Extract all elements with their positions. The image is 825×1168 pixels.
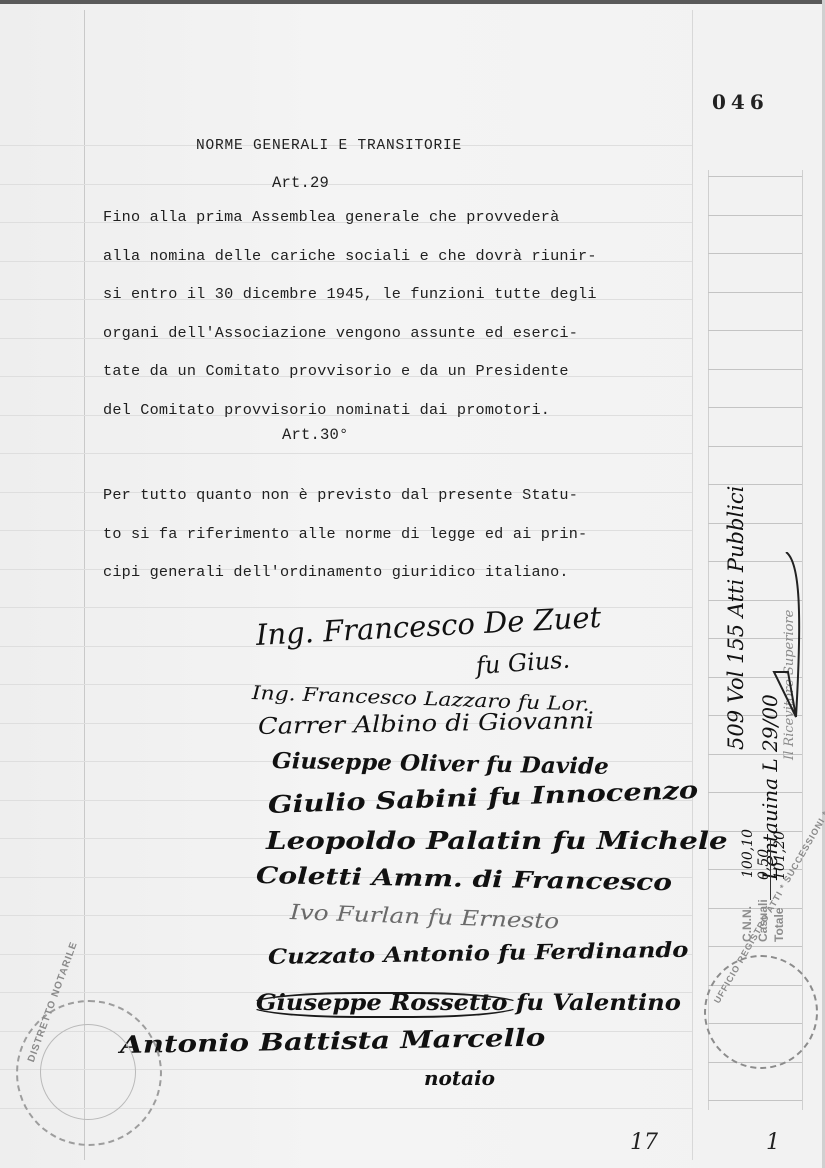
scan-edge: [0, 0, 825, 4]
ruled-line: [708, 908, 802, 909]
signature: Giuseppe Oliver fu Davide: [272, 748, 609, 780]
ruled-line: [708, 946, 802, 947]
ruled-line: [708, 523, 802, 524]
ruled-line: [708, 292, 802, 293]
ruled-line: [0, 453, 692, 454]
ruled-line: [0, 184, 692, 185]
notary-title: notaio: [424, 1066, 495, 1090]
registration-handwriting: 509 Vol 155 Atti Pubblici: [724, 486, 748, 750]
signature-flourish: [248, 992, 522, 1018]
body-line: tate da un Comitato provvisorio e da un …: [103, 362, 569, 380]
body-line: to si fa riferimento alle norme di legge…: [103, 525, 587, 543]
body-line: alla nomina delle cariche sociali e che …: [103, 247, 597, 265]
body-line: Fino alla prima Assemblea generale che p…: [103, 208, 559, 226]
ruled-line: [708, 253, 802, 254]
body-line: Per tutto quanto non è previsto dal pres…: [103, 486, 578, 504]
column-rule: [692, 10, 693, 1160]
ruled-line: [708, 446, 802, 447]
ruled-line: [708, 484, 802, 485]
column-rule: [708, 170, 709, 1110]
body-line: si entro il 30 dicembre 1945, le funzion…: [103, 285, 597, 303]
ruled-line: [708, 792, 802, 793]
notary-seal-inner: [40, 1024, 136, 1120]
page-number-right: 1: [766, 1130, 780, 1155]
body-line: del Comitato provvisorio nominati dai pr…: [103, 401, 550, 419]
ruled-line: [708, 1100, 802, 1101]
section-heading: NORME GENERALI E TRANSITORIE: [196, 138, 462, 154]
fee-value: 100,10: [740, 829, 756, 878]
document-page: 046 NORME GENERALI E TRANSITORIE Art.29 …: [0, 0, 825, 1168]
signature: Ivo Furlan fu Ernesto: [290, 900, 560, 933]
article-title: Art.30°: [282, 426, 349, 444]
signature: Cuzzato Antonio fu Ferdinando: [268, 937, 689, 969]
fee-label: Totale: [772, 908, 786, 942]
registrar-flourish: [760, 552, 810, 727]
ruled-line: [708, 330, 802, 331]
reference-number: 046: [712, 90, 769, 114]
article-title: Art.29: [272, 174, 329, 192]
body-line: organi dell'Associazione vengono assunte…: [103, 324, 578, 342]
signature: Coletti Amm. di Francesco: [256, 862, 672, 896]
ruled-line: [708, 176, 802, 177]
fee-total-rule: [770, 840, 771, 900]
signature: fu Gius.: [475, 645, 571, 680]
signature: Leopoldo Palatin fu Michele: [266, 826, 728, 855]
margin-rule: [84, 10, 85, 1160]
ruled-line: [708, 369, 802, 370]
signature: Giulio Sabini fu Innocenzo: [267, 775, 698, 819]
ruled-line: [708, 407, 802, 408]
signature: Carrer Albino di Giovanni: [258, 708, 594, 740]
body-line: cipi generali dell'ordinamento giuridico…: [103, 563, 569, 581]
signature: Antonio Battista Marcello: [120, 1023, 546, 1059]
ruled-line: [708, 215, 802, 216]
page-number-left: 17: [630, 1130, 658, 1155]
registry-stamp: [704, 955, 818, 1069]
